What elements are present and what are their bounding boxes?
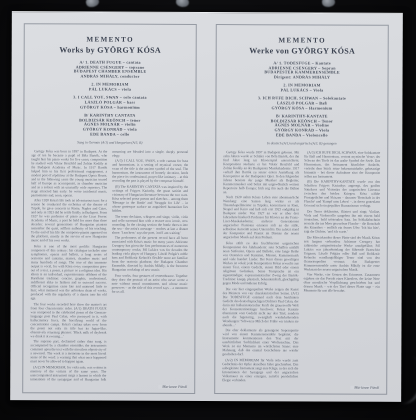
body-paragraph: The four works recorded here show the ma… [30,302,106,338]
body-paragraph: Kósa zählt zu den fruchtbarsten ungarisc… [223,241,299,285]
body-paragraph: (B) Die KARINTHY-KANTATE wurde von den S… [304,180,380,208]
body-paragraph: Vier Werke, vier Gesten des Erinnerns. Z… [304,273,380,293]
track-group: A/ 1. TODESFUGE – KantateADRIENNE CSENGE… [224,61,381,80]
album-title: MEMENTO [32,35,189,44]
credit-line: EDE BANDA – cello [31,132,188,137]
panel-german: MEMENTO Werke von GYÖRGY KÓSA A/ 1. TODE… [214,24,389,395]
body-paragraph: (A/2) IN MEMORIAM für Viola solo wurde z… [222,358,298,382]
body-paragraph: (B) The KARINTHY CANTATA was inspired by… [112,185,188,213]
sleeve-clip-mark [175,0,189,8]
track-group: 2. IN MEMORIAMPÁL LUKÁCS – Viola [223,83,380,93]
body-paragraph: Die eher deklamierte als gesungene Sopra… [222,328,298,356]
credit-line: PÁL LUKÁCS – viola [31,87,188,92]
album-subtitle: Works by GYÖRGY KÓSA [32,45,189,55]
album-subtitle: Werke von GYÖRGY KÓSA [224,46,381,56]
credit-line: EDE BANDA – Violoncello [223,133,380,138]
body-paragraph: After 1920 Kósa's life took an adventuro… [31,199,107,243]
track-group: 3. ICH RUFE DICH, SCHWAN – SolokantateLÁ… [223,96,380,111]
body-paragraph: (A/3) I CALL YOU, SWAN, a solo cantata f… [112,159,188,183]
body-paragraph: György Kósa wurde 1897 in Budapest gebor… [223,150,299,194]
body-paragraph: (A/3) ICH RUFE DICH, SCHWAN, eine Soloka… [304,150,380,178]
sung-language-note: Sung in German (A/1) and Hungarian (A/3,… [31,140,188,145]
author-signature: Marianne Pándi [350,386,379,390]
record-sleeve-back: MEMENTO Works by GYÖRGY KÓSA A/ 1. DEATH… [10,11,403,402]
body-paragraph: The soprano part, declaimed rather than … [30,339,106,363]
credit-line: Dirigent: ANDRÁS MIHÁLY [224,75,381,80]
track-group: B/ KARINTHY-KANTATEBOLDIZSÁR KEÖNCH – Te… [223,114,380,138]
body-paragraph: Kósa is one of the most prolific Hungari… [31,244,107,300]
sleeve-clip-mark [85,0,100,8]
credit-line: ANDRÁS MIHÁLY, conductor [32,74,189,79]
sleeve-clip-mark [322,0,336,8]
track-group: A/ 1. DEATH FUGUE – cantataADRIENNE CSEN… [32,60,189,79]
credit-line: GYÖRGY KÓSA – Harmonium [223,106,380,111]
body-paragraph: Der Tenor deklamiert, flüstert und singt… [304,209,380,233]
track-group: 3. I CALL YOU, SWAN – solo cantataLÁSZLÓ… [31,95,188,110]
sung-language-note: In deutsch (A/1) und ungarisch (A/3, B) … [223,141,380,146]
credit-line: GYÖRGY KÓSA – harmonium [31,105,188,110]
body-paragraph: György Kósa was born in 1897 in Budapest… [31,149,107,197]
credit-line: PÁL LUKÁCS – Viola [223,88,380,93]
liner-notes-german: György Kósa wurde 1897 in Budapest gebor… [222,150,380,388]
tracklist-english: A/ 1. DEATH FUGUE – cantataADRIENNE CSEN… [31,60,188,137]
panel-english: MEMENTO Works by GYÖRGY KÓSA A/ 1. DEATH… [22,23,197,394]
author-signature: Marianne Pándi [158,385,187,389]
body-paragraph: Nach 1920 nahm Kósas Leben eine abenteue… [223,196,299,240]
album-title: MEMENTO [224,36,381,45]
body-paragraph: Die vier hier eingespielten Werke zeigen… [222,287,298,327]
tracklist-german: A/ 1. TODESFUGE – KantateADRIENNE CSENGE… [223,61,380,138]
body-paragraph: The tenor declaims, whispers and sings; … [112,214,188,234]
track-group: 2. IN MEMORIAMPÁL LUKÁCS – viola [31,83,188,93]
track-group: B/ KARINTHY CANTATABOLDIZSÁR KEÖNCH – te… [31,113,188,137]
liner-notes-english: György Kósa was born in 1897 in Budapest… [30,149,188,387]
body-paragraph: The performers of the present record hav… [112,236,188,272]
body-paragraph: Die Mitwirkenden dieser Platte sind der … [304,235,380,271]
body-paragraph: Four works, four gestures of remembrance… [112,273,188,293]
